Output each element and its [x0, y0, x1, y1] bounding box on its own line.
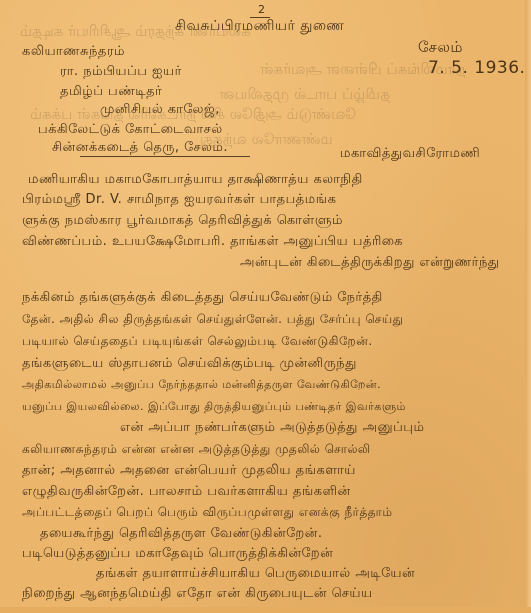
body-line: கலியாணசுந்தரம் என்ன என்ன அடுத்தடுத்து மு… [22, 442, 371, 458]
body-line: தங்களுடைய ஸ்தாபனம் செய்விக்கும்படி முன்ன… [22, 356, 357, 372]
body-line: அதிகமில்லாமல் அனுப்ப நேர்ந்ததால் மன்னித்… [22, 378, 381, 393]
body-line: படியால் செய்ததைப் படியுங்கள் செல்லும்படி… [22, 334, 373, 350]
salutation: மகாவித்துவசிரோமணி [340, 146, 480, 162]
paper-edge-bottom [0, 607, 531, 613]
letter-page: கல்யாண சுந்தரம் ஆசிரியர் கடிதம் நாமலிங்க… [0, 0, 531, 613]
body-line: நக்கினம் தங்களுக்குக் கிடைத்தது செய்யவேண… [22, 290, 383, 306]
date: 7. 5. 1936. [428, 58, 525, 78]
body-line: என் அப்பா நண்பர்களும் அடுத்தடுத்து அனுப்… [120, 420, 424, 436]
invocation-heading: சிவசுப்பிரமணியர் துணை [175, 18, 344, 36]
paper-edge-right [525, 0, 531, 613]
body-line: ளுக்கு நமஸ்கார பூர்வமாகத் தெரிவித்துக் க… [22, 213, 343, 229]
body-line: படியெடுத்தனுப்ப மகாதேவும் பொருத்திக்கின்… [22, 546, 333, 562]
body-line: யனுப்ப இயலவில்லை. இப்போது திருத்தியனுப்ப… [22, 400, 406, 415]
address-line: முனிசிபல் காலேஜ், [100, 102, 220, 118]
address-line: ரா. நம்பியப்ப ஐயர் [60, 64, 182, 80]
body-line: தான்; அதனால் அதனை என்பெயர் முதலிய தங்களா… [22, 463, 356, 479]
body-line: தேன். அதில் சில திருத்தங்கள் செய்துள்ளேன… [22, 312, 404, 328]
body-line: மணியாகிய மகாமகோபாத்யாய தாக்ஷிணாத்ய கலாநி… [28, 172, 363, 188]
body-line: பிரம்மஸ்ரீ Dr. V. சாமிநாத ஐயரவர்கள் பாதப… [22, 192, 336, 208]
bleed-through-text: தமிழ்ப் பாடல் முதலியன [220, 85, 390, 105]
body-line: தயைகூர்ந்து தெரிவித்தருள வேண்டுகின்றேன். [40, 526, 322, 542]
address-underline [80, 156, 250, 157]
body-line: தங்கள் தயாளாய்ச்சியாகிய பெருமையால் அடியே… [96, 566, 415, 582]
body-line: எழுதிவருகின்றேன். பாலசாம் பவர்களாகிய தங்… [22, 484, 351, 500]
body-line: விண்ணப்பம். உபயக்ஷேமோபரி. தாங்கள் அனுப்ப… [22, 234, 403, 250]
body-line: நிறைந்து ஆனந்தமெய்தி எதோ என் கிருபையுடன்… [22, 586, 373, 602]
address-line: கலியாணசுந்தரம் [22, 44, 125, 60]
address-line: சின்னக்கடைத் தெரு, சேலம். [52, 140, 228, 156]
body-line: அப்பட்டத்தைப் பெறப் பெரும் விருப்பமுள்ளத… [22, 505, 393, 521]
body-line: அன்புடன் கிடைத்திருக்கிறது என்றுணர்ந்து [240, 255, 500, 271]
place: சேலம் [418, 38, 463, 58]
page-number: 2 [258, 3, 266, 16]
address-line: தமிழ்ப் பண்டிதர் [60, 84, 162, 100]
address-line: பக்கிலேட்டுக் கோட்டைவாசல் [38, 122, 223, 138]
